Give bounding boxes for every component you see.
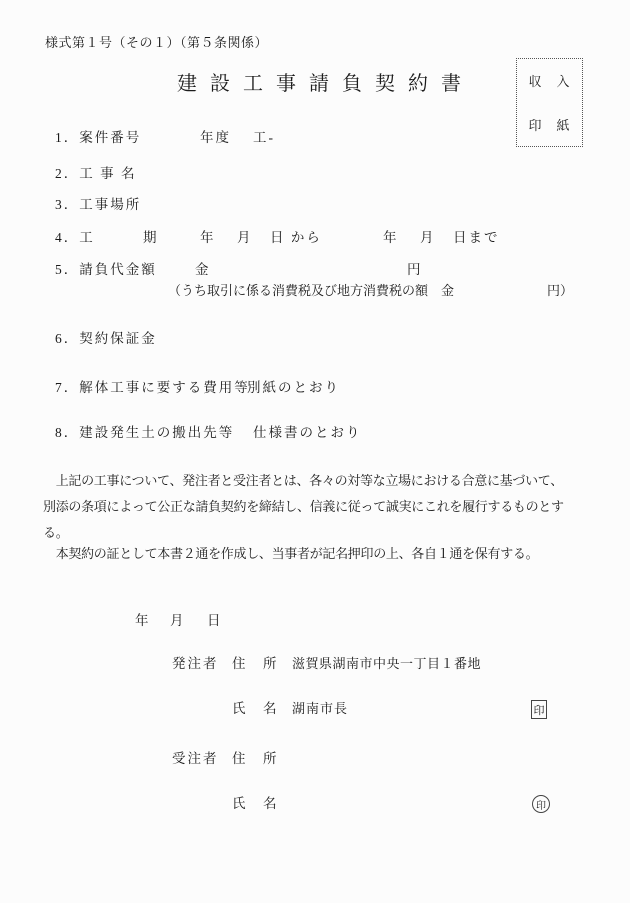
consumption-tax-note: （うち取引に係る消費税及び地方消費税の額 金 — [168, 283, 454, 299]
item-work-name-label: 2．工 事 名 — [55, 166, 137, 182]
contractor-name-label: 氏 名 — [232, 796, 279, 812]
item-work-period-label2: 期 — [143, 230, 159, 246]
item-work-location-label: 3．工事場所 — [55, 197, 141, 213]
item-demolition-cost-label: 7．解体工事に要する費用等 — [55, 380, 250, 396]
document-title: 建設工事請負契約書 — [177, 72, 474, 96]
agreement-paragraph-line2: 別添の条項によって公正な請負契約を締結し、信義に従って誠実にこれを履行するものと… — [43, 499, 564, 515]
signature-date-day: 日 — [207, 613, 223, 629]
signature-date-year: 年 — [135, 613, 151, 629]
contractor-seal-character: 印 — [536, 797, 546, 812]
item-contract-deposit-label: 6．契約保証金 — [55, 331, 157, 347]
contractor-address-label: 住 所 — [232, 751, 279, 767]
form-number-label: 様式第１号（その１）（第５条関係） — [45, 35, 268, 51]
contract-document-page: 様式第１号（その１）（第５条関係） 建設工事請負契約書 収 入 印 紙 1．案件… — [0, 0, 630, 903]
revenue-stamp-line2: 印 紙 — [528, 115, 570, 134]
orderer-role-label: 発注者 — [172, 656, 219, 672]
orderer-seal-character: 印 — [534, 702, 545, 718]
orderer-address-label: 住 所 — [232, 656, 279, 672]
item-work-period-label: 4．工 — [55, 230, 95, 246]
contract-amount-kin: 金 — [195, 262, 211, 278]
work-period-start-year: 年 — [200, 230, 216, 246]
orderer-name-value: 湖南市長 — [292, 701, 348, 717]
work-period-end-year: 年 — [383, 230, 399, 246]
orderer-name-label: 氏 名 — [232, 701, 279, 717]
item-surplus-soil-label: 8．建設発生土の搬出先等 — [55, 425, 234, 441]
orderer-seal-mark: 印 — [531, 700, 547, 719]
agreement-paragraph-line4: 本契約の証として本書２通を作成し、当事者が記名押印の上、各自１通を保有する。 — [43, 546, 538, 562]
contractor-seal-mark: 印 — [532, 795, 550, 813]
item-case-number-label: 1．案件番号 — [55, 130, 141, 146]
revenue-stamp-box: 収 入 印 紙 — [516, 58, 583, 147]
item-demolition-cost-value: 別紙のとおり — [247, 380, 340, 396]
contract-amount-yen: 円 — [407, 262, 423, 278]
consumption-tax-yen: 円） — [547, 283, 573, 299]
work-period-end-month: 月 — [420, 230, 436, 246]
item-surplus-soil-value: 仕様書のとおり — [253, 425, 362, 441]
work-period-end-day: 日まで — [453, 230, 500, 246]
signature-date-month: 月 — [170, 613, 186, 629]
agreement-paragraph-line3: る。 — [43, 525, 68, 541]
item-case-number-prefix: 工- — [253, 130, 275, 146]
work-period-start-day: 日 から — [270, 230, 322, 246]
revenue-stamp-line1: 収 入 — [528, 71, 570, 90]
work-period-start-month: 月 — [237, 230, 253, 246]
orderer-address-value: 滋賀県湖南市中央一丁目１番地 — [292, 656, 481, 672]
contractor-role-label: 受注者 — [172, 751, 219, 767]
item-case-number-fiscal-year: 年度 — [200, 130, 231, 146]
item-contract-amount-label: 5．請負代金額 — [55, 262, 157, 278]
agreement-paragraph-line1: 上記の工事について、発注者と受注者とは、各々の対等な立場における合意に基づいて、 — [43, 473, 563, 489]
